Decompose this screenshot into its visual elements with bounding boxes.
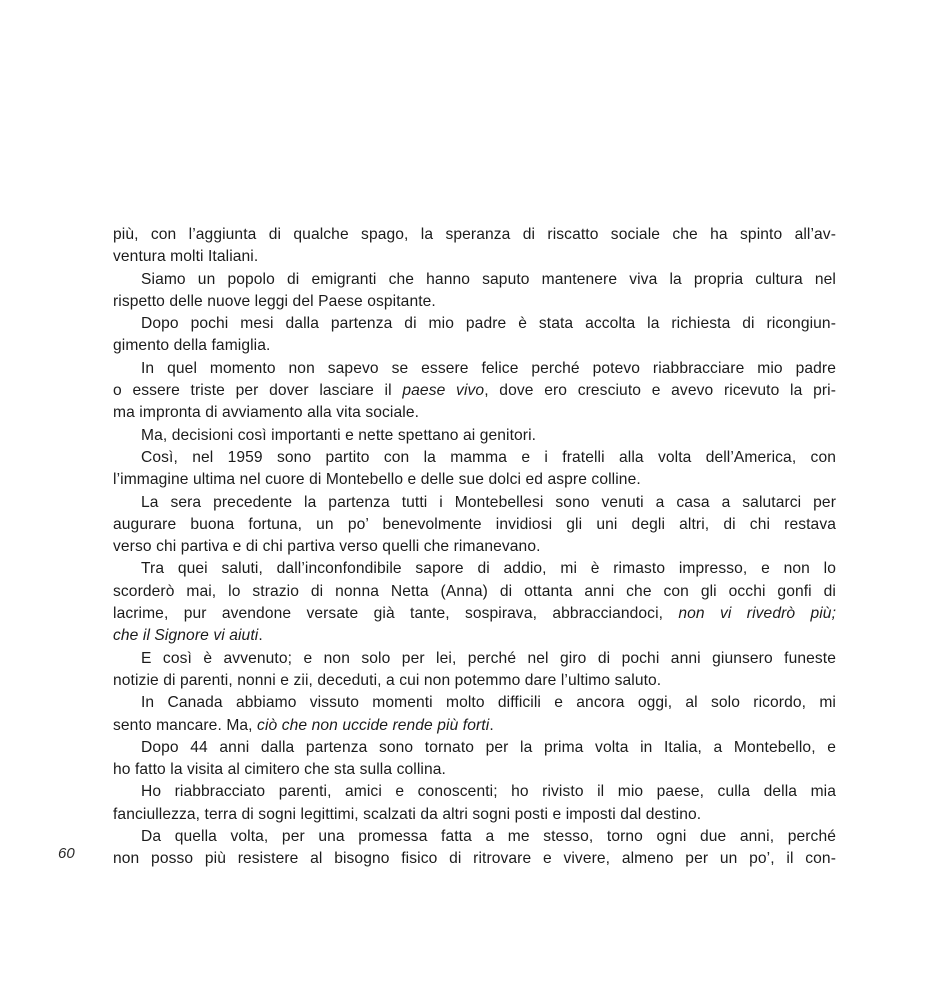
paragraph: più, con l’aggiunta di qualche spago, la… bbox=[113, 224, 836, 269]
text-line: verso chi partiva e di chi partiva verso… bbox=[113, 536, 836, 558]
text-line: ventura molti Italiani. bbox=[113, 246, 836, 268]
page-number: 60 bbox=[58, 845, 75, 862]
paragraph: Ho riabbracciato parenti, amici e conosc… bbox=[113, 781, 836, 826]
text-line: Ma, decisioni così importanti e nette sp… bbox=[113, 425, 836, 447]
text-line: più, con l’aggiunta di qualche spago, la… bbox=[113, 224, 836, 246]
paragraph: Siamo un popolo di emigranti che hanno s… bbox=[113, 269, 836, 314]
text-line: rispetto delle nuove leggi del Paese osp… bbox=[113, 291, 836, 313]
text-line: Dopo 44 anni dalla partenza sono tornato… bbox=[113, 737, 836, 759]
italic-text: paese vivo bbox=[402, 382, 484, 399]
paragraph: In Canada abbiamo vissuto momenti molto … bbox=[113, 692, 836, 737]
text-line: La sera precedente la partenza tutti i M… bbox=[113, 492, 836, 514]
text-line: notizie di parenti, nonni e zii, decedut… bbox=[113, 670, 836, 692]
text-line: lacrime, pur avendone versate già tante,… bbox=[113, 603, 836, 625]
text-line: Così, nel 1959 sono partito con la mamma… bbox=[113, 447, 836, 469]
text-line: non posso più resistere al bisogno fisic… bbox=[113, 848, 836, 870]
italic-text: ciò che non uccide rende più forti bbox=[257, 717, 489, 734]
text-line: Dopo pochi mesi dalla partenza di mio pa… bbox=[113, 313, 836, 335]
paragraph: Tra quei saluti, dall’inconfondibile sap… bbox=[113, 558, 836, 647]
text-line: fanciullezza, terra di sogni legittimi, … bbox=[113, 804, 836, 826]
text-line: sento mancare. Ma, ciò che non uccide re… bbox=[113, 715, 836, 737]
paragraph: Dopo pochi mesi dalla partenza di mio pa… bbox=[113, 313, 836, 358]
paragraph: Così, nel 1959 sono partito con la mamma… bbox=[113, 447, 836, 492]
text-line: Siamo un popolo di emigranti che hanno s… bbox=[113, 269, 836, 291]
text-line: o essere triste per dover lasciare il pa… bbox=[113, 380, 836, 402]
text-line: l’immagine ultima nel cuore di Montebell… bbox=[113, 469, 836, 491]
text-line: In Canada abbiamo vissuto momenti molto … bbox=[113, 692, 836, 714]
italic-text: che il Signore vi aiuti bbox=[113, 627, 258, 644]
text-line: augurare buona fortuna, un po’ benevolme… bbox=[113, 514, 836, 536]
text-line: ho fatto la visita al cimitero che sta s… bbox=[113, 759, 836, 781]
text-line: gimento della famiglia. bbox=[113, 335, 836, 357]
italic-text: non vi rivedrò più; bbox=[678, 605, 836, 622]
paragraph: Ma, decisioni così importanti e nette sp… bbox=[113, 425, 836, 447]
text-line: E così è avvenuto; e non solo per lei, p… bbox=[113, 648, 836, 670]
text-line: che il Signore vi aiuti. bbox=[113, 625, 836, 647]
text-line: In quel momento non sapevo se essere fel… bbox=[113, 358, 836, 380]
text-block: più, con l’aggiunta di qualche spago, la… bbox=[113, 224, 836, 871]
paragraph: In quel momento non sapevo se essere fel… bbox=[113, 358, 836, 425]
book-page: 60 più, con l’aggiunta di qualche spago,… bbox=[0, 0, 942, 1000]
text-line: Da quella volta, per una promessa fatta … bbox=[113, 826, 836, 848]
text-line: scorderò mai, lo strazio di nonna Netta … bbox=[113, 581, 836, 603]
text-line: Ho riabbracciato parenti, amici e conosc… bbox=[113, 781, 836, 803]
paragraph: E così è avvenuto; e non solo per lei, p… bbox=[113, 648, 836, 693]
paragraph: La sera precedente la partenza tutti i M… bbox=[113, 492, 836, 559]
paragraph: Dopo 44 anni dalla partenza sono tornato… bbox=[113, 737, 836, 782]
text-line: ma impronta di avviamento alla vita soci… bbox=[113, 402, 836, 424]
text-line: Tra quei saluti, dall’inconfondibile sap… bbox=[113, 558, 836, 580]
paragraph: Da quella volta, per una promessa fatta … bbox=[113, 826, 836, 871]
